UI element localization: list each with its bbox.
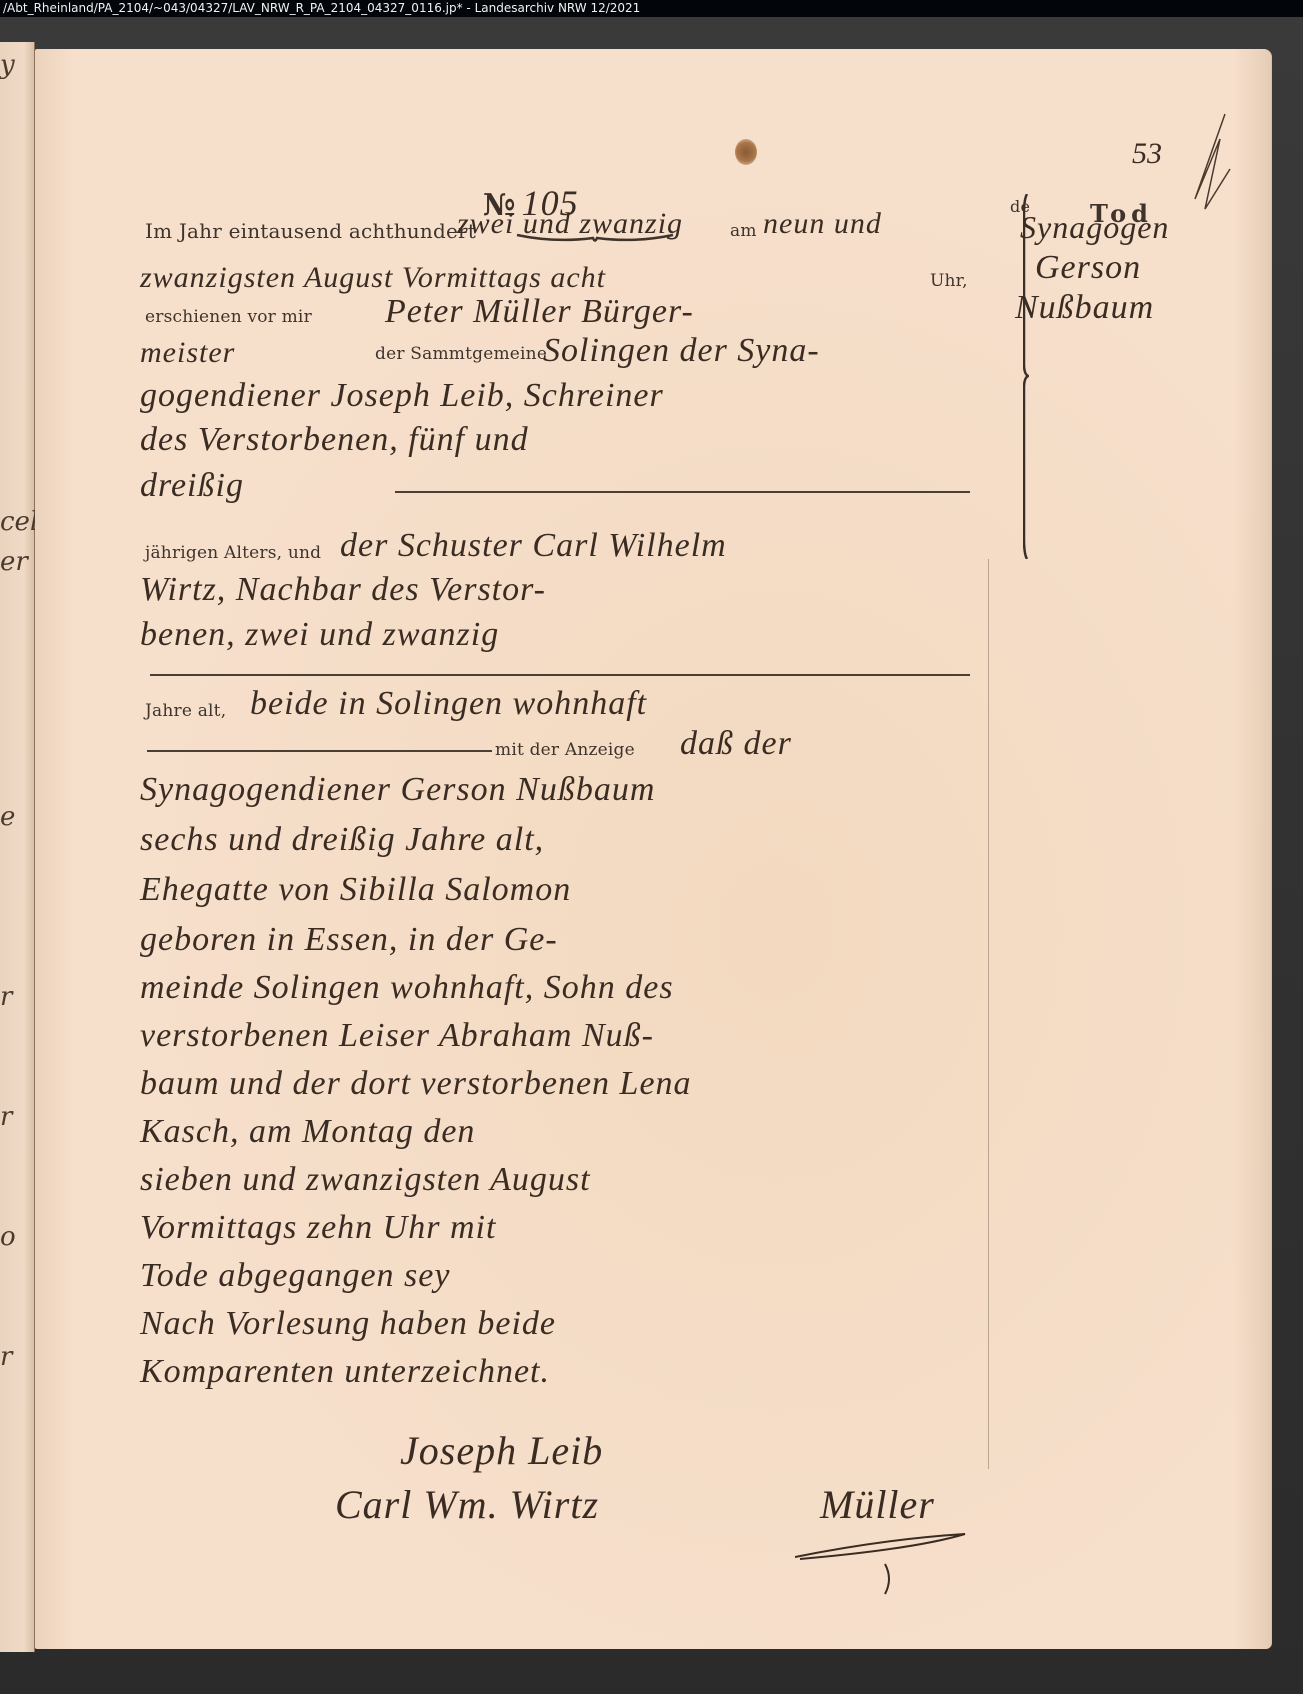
handwritten-line: Nach Vorlesung haben beide (140, 1305, 556, 1343)
handwritten-line: benen, zwei und zwanzig (140, 616, 499, 654)
document-page: №105 53 Tod de Synagogen Gerson Nußbaum … (35, 49, 1271, 1649)
side-name-line: Gerson (1035, 249, 1141, 287)
signature-flourish (795, 1529, 975, 1599)
handwritten-line: beide in Solingen wohnhaft (250, 685, 647, 723)
handwritten-line: Ehegatte von Sibilla Salomon (140, 871, 571, 909)
handwritten-line: Kasch, am Montag den (140, 1113, 475, 1151)
printed-appeared-label: erschienen vor mir (145, 307, 312, 327)
handwritten-line: dreißig (140, 467, 244, 505)
handwritten-line: Synagogendiener Gerson Nußbaum (140, 771, 655, 809)
handwritten-line: gogendiener Joseph Leib, Schreiner (140, 377, 664, 415)
signature-witness-1: Joseph Leib (400, 1427, 603, 1474)
window-title-bar: /Abt_Rheinland/PA_2104/~043/04327/LAV_NR… (0, 0, 1303, 17)
fill-line (147, 750, 492, 752)
handwritten-line: des Verstorbenen, fünf und (140, 421, 529, 459)
left-page-fragment: er (0, 547, 28, 577)
printed-age-label: jährigen Alters, und (145, 543, 321, 563)
printed-years-old-label: Jahre alt, (145, 701, 226, 721)
signature-witness-2: Carl Wm. Wirtz (335, 1481, 599, 1528)
left-page-fragment: r (0, 982, 12, 1012)
printed-notice-label: mit der Anzeige (495, 740, 635, 760)
window-title: /Abt_Rheinland/PA_2104/~043/04327/LAV_NR… (3, 1, 640, 15)
ink-stain (735, 139, 757, 165)
signature-official: Müller (820, 1481, 935, 1528)
handwritten-line: zwanzigsten August Vormittags acht (140, 261, 606, 295)
handwritten-line: zwei und zwanzig (457, 207, 683, 241)
printed-am-label: am (730, 221, 757, 241)
fill-line (150, 674, 970, 676)
handwritten-line: neun und (763, 207, 882, 241)
printed-year-label: Im Jahr eintausend achthundert (145, 219, 476, 243)
handwritten-line: Solingen der Syna- (543, 332, 820, 370)
left-page-fragment: e (0, 802, 15, 832)
handwritten-line: Komparenten unterzeichnet. (140, 1353, 550, 1391)
left-page-edge: y cel er e r r o r (0, 42, 35, 1652)
handwritten-line: Tode abgegangen sey (140, 1257, 450, 1295)
handwritten-line: sechs und dreißig Jahre alt, (140, 821, 544, 859)
handwritten-line: verstorbenen Leiser Abraham Nuß- (140, 1017, 654, 1055)
printed-municipality-label: der Sammtgemeine (375, 344, 547, 364)
handwritten-line: geboren in Essen, in der Ge- (140, 921, 558, 959)
side-name-line: Nußbaum (1015, 289, 1154, 327)
handwritten-line: Peter Müller Bürger- (385, 293, 694, 331)
handwritten-line: meinde Solingen wohnhaft, Sohn des (140, 969, 674, 1007)
margin-note-number: 53 (1132, 137, 1162, 171)
handwritten-line: Wirtz, Nachbar des Verstor- (140, 571, 546, 609)
handwritten-line: Vormittags zehn Uhr mit (140, 1209, 496, 1247)
handwritten-line: baum und der dort verstorbenen Lena (140, 1065, 692, 1103)
bracket-divider (1023, 194, 1029, 559)
handwritten-line: der Schuster Carl Wilhelm (340, 527, 727, 565)
margin-checkmark (1185, 109, 1245, 219)
printed-uhr-label: Uhr, (930, 271, 968, 291)
handwritten-line: sieben und zwanzigsten August (140, 1161, 591, 1199)
side-name-line: Synagogen (1020, 209, 1169, 246)
column-rule (988, 559, 989, 1469)
handwritten-line: daß der (680, 725, 792, 763)
fill-line (395, 491, 970, 493)
handwritten-line: meister (140, 336, 235, 370)
left-page-fragment: r (0, 1102, 12, 1132)
left-page-fragment: o (0, 1222, 16, 1252)
left-page-fragment: r (0, 1342, 12, 1372)
left-page-fragment: y (0, 50, 15, 80)
left-page-fragment: cel (0, 507, 38, 537)
